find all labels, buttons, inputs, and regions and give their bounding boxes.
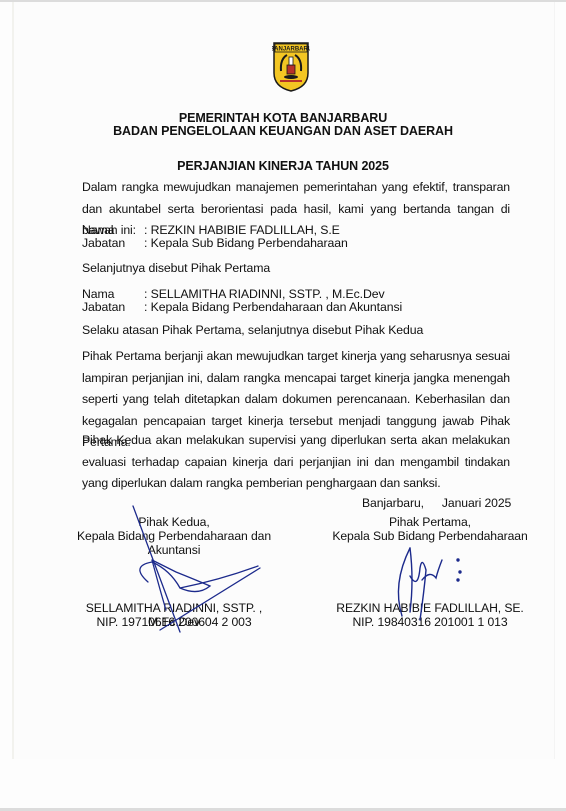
place: Banjarbaru, (362, 496, 424, 510)
party2-designation: Selaku atasan Pihak Pertama, selanjutnya… (82, 323, 423, 337)
left-sig-position-2: Akuntansi (64, 543, 284, 557)
header-line-2: BADAN PENGELOLAAN KEUANGAN DAN ASET DAER… (0, 124, 566, 138)
left-sig-position-1: Kepala Bidang Perbendaharaan dan (64, 529, 284, 543)
right-sig-nip: NIP. 19840316 201001 1 013 (330, 615, 530, 629)
header-line-1: PEMERINTAH KOTA BANJARBARU (0, 111, 566, 125)
date: Januari 2025 (442, 496, 511, 510)
party1-designation: Selanjutnya disebut Pihak Pertama (82, 261, 270, 275)
party1-name-row: Nama: REZKIN HABIBIE FADLILLAH, S.E (82, 223, 340, 237)
right-sig-role: Pihak Pertama, (330, 515, 530, 529)
svg-text:BANJARBARU: BANJARBARU (272, 47, 310, 53)
right-sig-name: REZKIN HABIBIE FADLILLAH, SE. (330, 601, 530, 615)
party2-position-label: Jabatan (82, 300, 144, 314)
party2-name-value: : SELLAMITHA RIADINNI, SSTP. , M.Ec.Dev (144, 287, 385, 301)
left-sig-role: Pihak Kedua, (64, 515, 284, 529)
supervision-paragraph: Pihak Kedua akan melakukan supervisi yan… (82, 430, 510, 495)
party1-position-label: Jabatan (82, 236, 144, 250)
party1-position-row: Jabatan: Kepala Sub Bidang Perbendaharaa… (82, 236, 348, 250)
right-sig-position-1: Kepala Sub Bidang Perbendaharaan (330, 529, 530, 543)
party1-name-label: Nama (82, 223, 144, 237)
party2-position-row: Jabatan: Kepala Bidang Perbendaharaan da… (82, 300, 402, 314)
party2-position-value: : Kepala Bidang Perbendaharaan dan Akunt… (144, 300, 402, 314)
left-sig-nip: NIP. 19710616 200604 2 003 (64, 615, 284, 629)
banjarbaru-coat-of-arms-icon: BANJARBARU (272, 41, 310, 93)
place-date: Banjarbaru,Januari 2025 (362, 496, 511, 510)
document-title: PERJANJIAN KINERJA TAHUN 2025 (0, 159, 566, 173)
party2-name-row: Nama: SELLAMITHA RIADINNI, SSTP. , M.Ec.… (82, 287, 385, 301)
party1-name-value: : REZKIN HABIBIE FADLILLAH, S.E (144, 223, 340, 237)
party2-name-label: Nama (82, 287, 144, 301)
party1-position-value: : Kepala Sub Bidang Perbendaharaan (144, 236, 348, 250)
